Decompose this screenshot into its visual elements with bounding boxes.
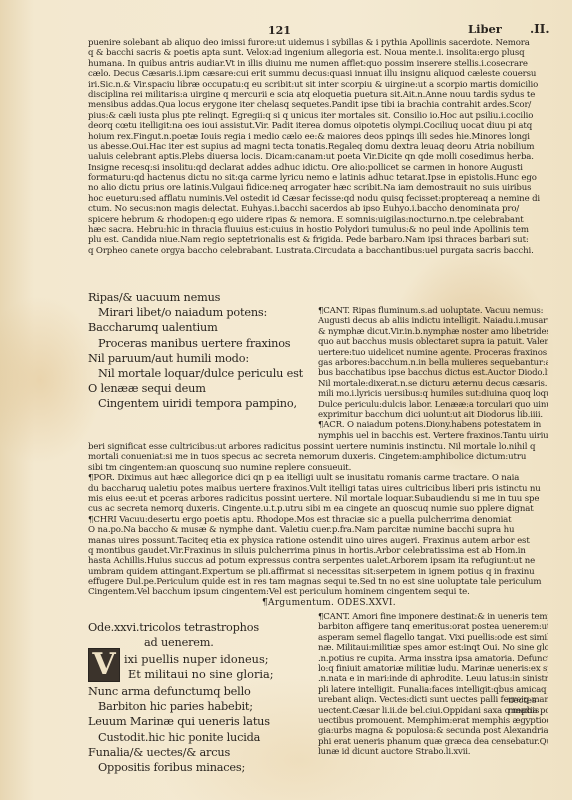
commentary-line: Augusti decus ab aliis indictu intelligi… [318,316,548,326]
commentary-line: quo aut bacchus musis oblectaret supra i… [318,337,548,347]
commentary-line: bus bacchatibus ipse bacchus dictus est.… [318,368,548,378]
commentary-line: ¶CANT. Amori fine imponere destinat:& in… [318,612,548,622]
verse-block-ode-25: Ripas/& uacuum nemusMirari libet/o naiad… [88,290,303,412]
commentary-line: mili mo.i.lyricis uersibus:q humiles sut… [318,389,548,399]
commentary-line: & nymphæ dicut.Vir.in.b.nymphæ noster am… [318,327,548,337]
commentary-line: ¶CANT. Ripas fluminum.s.ad uoluptate. Va… [318,306,548,316]
ode-title: Ode.xxvi.tricolos tetrastrophos [88,620,259,635]
commentary-line: ctum. No secus:non magis delectat. Euhya… [88,204,542,214]
commentary-line: pius:& cæli iusta plus pte relinqt. Egre… [88,111,542,121]
commentary-top: puenire solebant ab aliquo deo imissi fu… [88,38,542,256]
commentary-line: .n.potius re cupita. Arma insstra ipsa a… [318,654,548,664]
marginal-note: mephis [508,706,539,716]
initial-lines: ixi puellis nuper idoneus; Et militaui n… [124,652,274,682]
commentary-line: cus ac secreta nemorq duxeris. Cingente.… [88,504,542,514]
verse-line: Nil paruum/aut humili modo: [88,351,303,366]
commentary-line: exprimitur bacchum dici uolunt:ut ait Di… [318,410,548,420]
folio-number: 121 [268,24,291,37]
commentary-line: us abesse.Oui.Hac iter est supius ad mag… [88,142,542,152]
commentary-line: beri significat esse cultricibus:ut arbo… [88,442,542,452]
commentary-line: .n.nata e in mari:inde di aphrodite. Leu… [318,674,548,684]
commentary-line: asperam semel flagello tangat. Vixi puel… [318,633,548,643]
verse-line: Proceras manibus uertere fraxinos [88,336,303,351]
book-number: .II. [530,22,550,36]
commentary-line: Dulce periculu:dulcis labor. Lenææ:a tor… [318,400,548,410]
commentary-line: cælo. Decus Cæsaris.i.ipm cæsare:cui eri… [88,69,542,79]
commentary-middle: beri significat esse cultricibus:ut arbo… [88,442,542,598]
ode-title-block: Ode.xxvi.tricolos tetrastrophos ad uener… [88,620,259,650]
commentary-line: hasta Achillis.Huius succus ad potum exp… [88,556,542,566]
commentary-line: puenire solebant ab aliquo deo imissi fu… [88,38,542,48]
running-title: Liber [468,22,502,36]
commentary-line: uertere:tuo uidelicet numine agente. Pro… [318,348,548,358]
verse-line: Leuum Marinæ qui ueneris latus [88,714,270,729]
commentary-line: Nil mortale:dixerat.n.se dicturu æternu … [318,379,548,389]
commentary-line: ¶CHRI Vacuu:desertu ergo poetis aptu. Rh… [88,515,542,525]
commentary-line: disciplina rei militaris:a uirgine q mer… [88,90,542,100]
commentary-line: spicere hebrum & rhodopen:q ego uidere r… [88,215,542,225]
commentary-line: pli latere intelligit. Funalia:faces int… [318,685,548,695]
commentary-line: Cingentem.Vel bacchum ipsum cingentem:Ve… [88,587,542,597]
commentary-right-2: ¶CANT. Amori fine imponere destinat:& in… [318,612,548,757]
commentary-line: barbiton affigere tanq emeritus:orat pos… [318,622,548,632]
commentary-line: plu est. Candida niue.Nam regio septetri… [88,235,542,245]
commentary-line: uectibus promouent. Memphim:erat memphis… [318,716,548,726]
verse-line: Ripas/& uacuum nemus [88,290,303,305]
marginal-notes: uectes mephis [508,696,539,717]
commentary-line: hæc sacra. Hebru:hic in thracia fluuius … [88,225,542,235]
verse-line: O lenææ sequi deum [88,381,303,396]
commentary-line: ¶POR. Diximus aut hæc allegorice dici qn… [88,473,542,483]
commentary-line: lunæ id dicunt auctore Strabo.li.xvii. [318,747,548,757]
commentary-line: q Orpheo canete orgya baccho celebrabant… [88,246,542,256]
verse-line: Nunc arma defunctumq bello [88,684,270,699]
verse-line: Oppositis foribus minaces; [88,760,270,775]
commentary-line: gas arbores:bacchum.n.in bella mulieres … [318,358,548,368]
commentary-right-1: ¶CANT. Ripas fluminum.s.ad uoluptate. Va… [318,306,548,441]
verse-line: Baccharumq ualentium [88,320,303,335]
commentary-line: formaturu:qd hactenus dictu no sit:qa ca… [88,173,542,183]
commentary-line: phi erat ueneris phanum quæ græca dea ce… [318,737,548,747]
verse-line: Cingentem uiridi tempora pampino, [88,396,303,411]
verse-line: Mirari libet/o naiadum potens: [88,305,303,320]
verse-line: Funalia/& uectes/& arcus [88,745,270,760]
verse-block-ode-26: Nunc arma defunctumq belloBarbiton hic p… [88,684,270,775]
verse-line: Custodit.hic hic ponite lucida [88,730,270,745]
commentary-line: gia:urbs magna & populosa:& secunda post… [318,726,548,736]
commentary-line: hoium rex.Fingut.n.poetæ Iouis regia i m… [88,132,542,142]
commentary-line: manas uires possunt.Taciteq etia ex phys… [88,536,542,546]
commentary-line: iri.Sic.n.& Vir.spaciu libræ occupatu:q … [88,80,542,90]
commentary-line: nymphis uel in bacchis est. Vertere frax… [318,431,548,441]
commentary-line: q & bacchi sacris & poetis apta sunt. Ve… [88,48,542,58]
commentary-line: ualuis celebrant aptis.Plebs diuersa loc… [88,152,542,162]
commentary-line: deorq cœtu itelligit:na oes ioui assistu… [88,121,542,131]
marginal-note: uectes [508,696,539,706]
commentary-line: O na.po.Na baccho & musæ & nymphe dant. … [88,525,542,535]
verse-line: Nil mortale loquar/dulce periculu est [88,366,303,381]
decorated-initial: V [88,648,120,682]
commentary-line: mortali conueniat:si me in tuos specus a… [88,452,542,462]
commentary-line: ¶ACR. O naiadum potens.Diony.habens pote… [318,420,548,430]
commentary-line: næ. Militaui:militiæ spes amor est:inqt … [318,643,548,653]
commentary-line: lo:q finiuit amatoriæ militiæ ludu. Mari… [318,664,548,674]
verse-line: Et militaui no sine gloria; [124,667,274,682]
commentary-line: umbram quidem attingant.Expertum se pli.… [88,567,542,577]
verse-line: ixi puellis nuper idoneus; [124,652,274,667]
commentary-line: humana. In quibus antris audiar.Vt in il… [88,59,542,69]
verse-line: Barbiton hic paries habebit; [88,699,270,714]
commentary-line: hoc eueturu:sed afflatu numinis.Vel oste… [88,194,542,204]
commentary-line: mensibus addas.Qua locus erygone iter ch… [88,100,542,110]
commentary-line: du baccharuq ualetiu potes maibus uerter… [88,484,542,494]
section-heading: ¶Argumentum. ODES.XXVI. [262,598,396,608]
commentary-line: Insigne recesq:si insolitu:qd declarat a… [88,163,542,173]
commentary-line: mis eius ee:ut et pceras arbores radicit… [88,494,542,504]
commentary-line: effugere Dul.pe.Periculum quide est in r… [88,577,542,587]
commentary-line: q montibus gaudet.Vir.Fraxinus in siluis… [88,546,542,556]
commentary-line: no alio dictu prius ore latinis.Vulgaui … [88,183,542,193]
commentary-line: sibi tm cingentem:an quoscunq suo numine… [88,463,542,473]
